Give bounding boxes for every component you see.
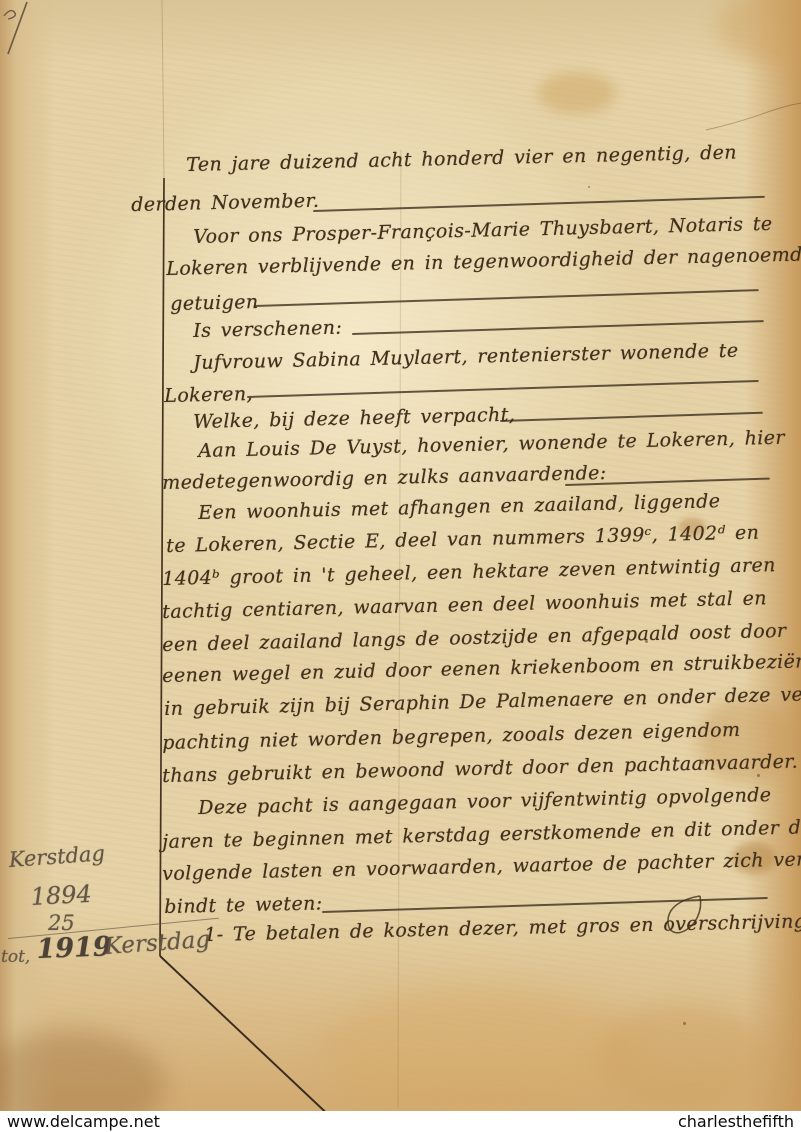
margin-note-kerstdag-top: Kerstdag <box>8 841 106 872</box>
handwritten-line-14: 1404ᵇ groot in 't geheel, een hektare ze… <box>162 552 776 592</box>
paper-speck <box>588 186 590 188</box>
watermark-bar: www.delcampe.net charlesthefifth <box>0 1111 801 1132</box>
margin-note-tot: tot, <box>1 947 30 967</box>
ink-rule <box>254 289 759 306</box>
handwritten-line-13: te Lokeren, Sectie E, deel van nummers 1… <box>166 520 760 559</box>
handwritten-line-6: Is verschenen: <box>193 315 343 344</box>
handwritten-line-2: derden November. <box>131 188 320 218</box>
paper-background: Ten jare duizend acht honderd vier en ne… <box>0 0 801 1132</box>
handwritten-line-24: bindt te weten: <box>164 890 323 920</box>
ink-rule <box>247 380 759 398</box>
paper-crack <box>706 103 801 130</box>
paper-stain <box>598 1005 768 1110</box>
fold-crease <box>162 0 164 178</box>
scanned-notarial-deed: Ten jare duizend acht honderd vier en ne… <box>0 0 801 1132</box>
margin-note-year-1919: 1919 <box>36 931 112 965</box>
paper-stain <box>538 72 616 114</box>
handwritten-line-7: Jufvrouw Sabina Muylaert, rentenierster … <box>193 338 739 376</box>
diagonal-closing-line <box>160 956 336 1122</box>
ink-rule <box>352 320 764 335</box>
handwritten-line-18: in gebruik zijn bij Seraphin De Palmenae… <box>164 681 801 722</box>
handwritten-line-15: tachtig centiaren, waarvan een deel woon… <box>162 585 767 625</box>
handwritten-line-19: pachting niet worden begrepen, zooals de… <box>162 717 741 756</box>
handwritten-line-21: Deze pacht is aangegaan voor vijfentwint… <box>198 782 772 821</box>
corner-pencil-mark <box>4 2 27 54</box>
ink-rule <box>500 412 763 422</box>
handwritten-line-1: Ten jare duizend acht honderd vier en ne… <box>186 140 737 178</box>
handwritten-line-5: getuigen <box>170 289 259 317</box>
handwritten-line-12: Een woonhuis met afhangen en zaailand, l… <box>198 488 721 526</box>
margin-note-year-1894: 1894 <box>30 880 92 911</box>
paper-speck <box>683 1022 686 1025</box>
paper-stain <box>320 985 640 1115</box>
paper-stain <box>718 0 801 66</box>
watermark-left-text: www.delcampe.net <box>7 1112 160 1131</box>
margin-note-kerstdag-bottom: Kerstdag <box>104 927 211 960</box>
handwritten-line-11: medetegenwoordig en zulks aanvaardende: <box>162 460 607 496</box>
ink-rule <box>313 196 765 212</box>
handwritten-line-8: Lokeren, <box>164 381 253 409</box>
watermark-right-text: charlesthefifth <box>678 1112 794 1131</box>
